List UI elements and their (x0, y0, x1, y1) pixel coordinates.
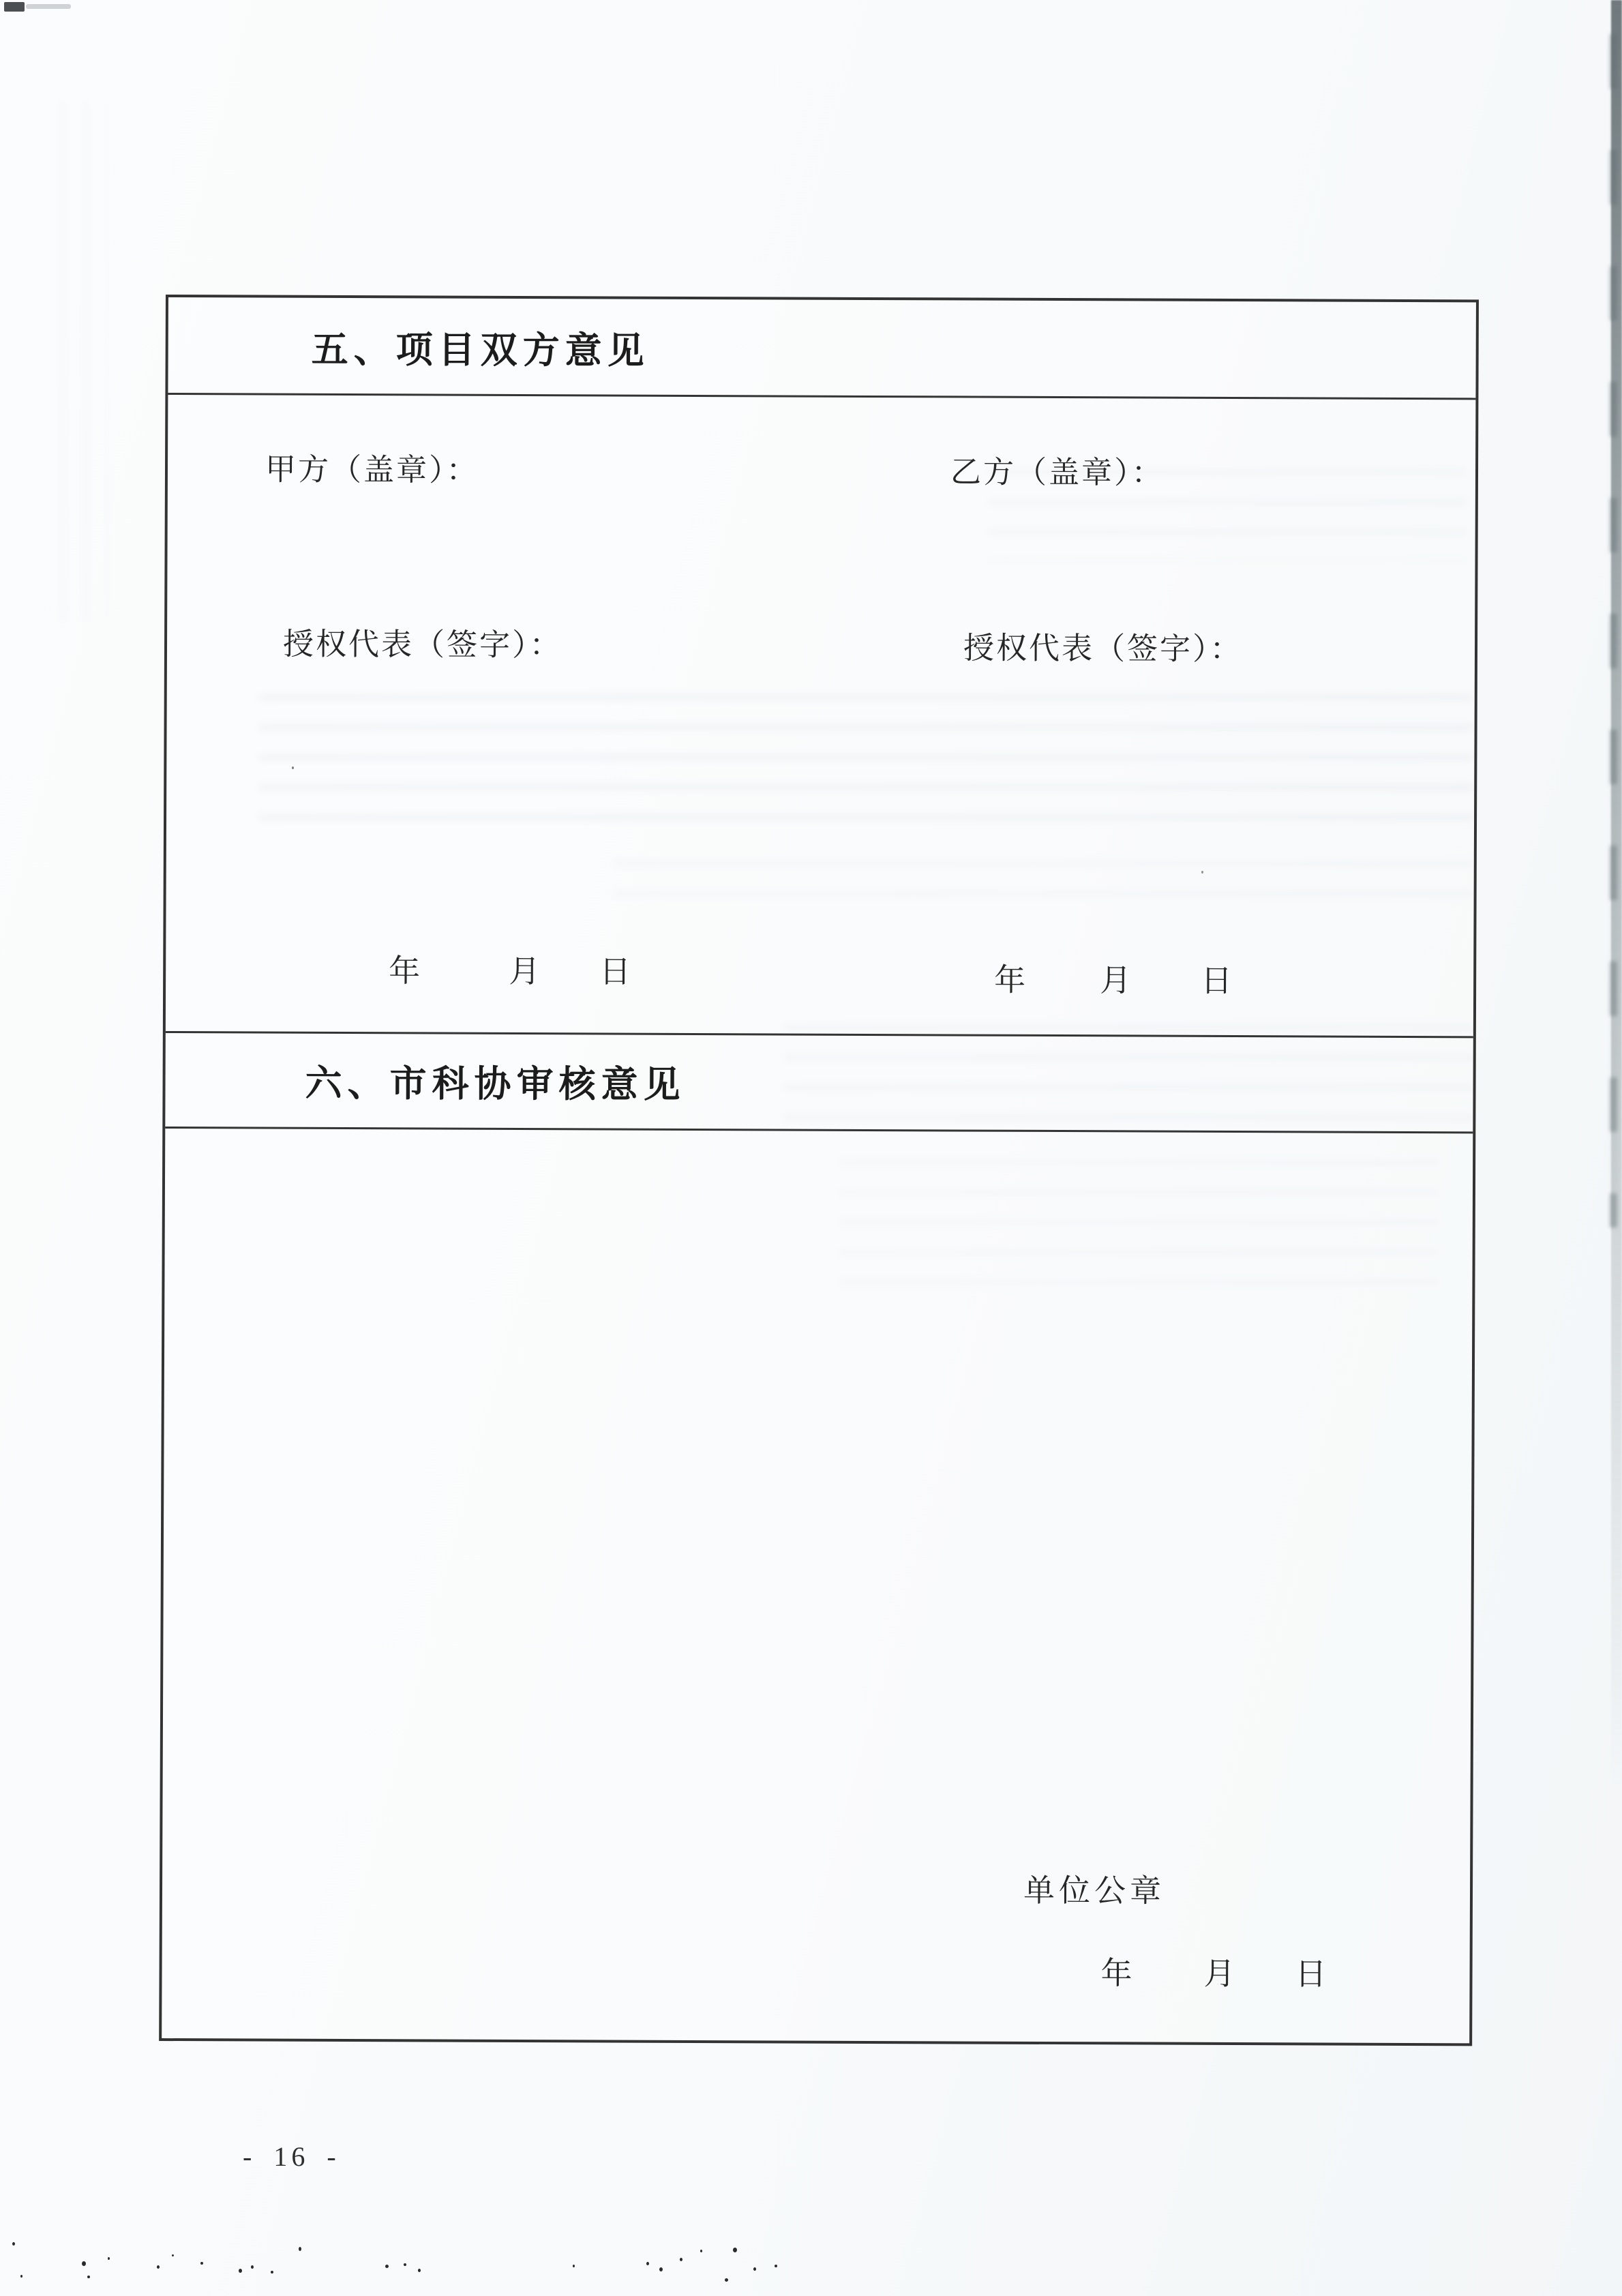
section-five-title: 五、项目双方意见 (312, 329, 650, 372)
year-label: 年 (1100, 1956, 1132, 1991)
dust-speck (725, 2278, 728, 2282)
scanned-page: 五、项目双方意见 甲方（盖章）： 乙方（盖章）： 授权代表（签字）： 授权代表（… (0, 0, 1622, 2296)
dust-speck (680, 2258, 682, 2261)
dust-speck (753, 2267, 756, 2271)
approval-form-table: 五、项目双方意见 甲方（盖章）： 乙方（盖章）： 授权代表（签字）： 授权代表（… (159, 295, 1479, 2046)
bleed-through-smudge (60, 102, 108, 621)
dust-speck (200, 2262, 203, 2265)
dust-speck (82, 2261, 86, 2266)
dust-speck (1201, 871, 1203, 874)
party-a-seal-label: 甲方（盖章）： (265, 452, 479, 488)
scan-corner-mark-tail (26, 4, 71, 9)
dust-speck (299, 2247, 301, 2251)
party-a-representative-signature-label: 授权代表（签字）： (283, 627, 562, 664)
section-six-title: 六、市科协审核意见 (305, 1063, 685, 1105)
day-label: 日 (1295, 1957, 1326, 1991)
month-label: 月 (1100, 964, 1131, 998)
dust-speck (87, 2276, 90, 2278)
dust-speck (404, 2263, 406, 2266)
dust-speck (659, 2267, 663, 2271)
page-edge-shadow-wave (1610, 34, 1617, 1227)
dust-speck (172, 2254, 174, 2256)
dust-speck (418, 2269, 421, 2272)
dust-speck (239, 2269, 242, 2273)
scan-corner-mark (4, 2, 25, 12)
party-b-seal-label: 乙方（盖章）： (950, 454, 1165, 490)
party-b-representative-signature-label: 授权代表（签字）： (963, 630, 1243, 667)
month-label: 月 (509, 955, 540, 989)
row-divider (165, 1127, 1473, 1133)
dust-speck (271, 2271, 273, 2273)
dust-speck (292, 766, 294, 769)
dust-speck (385, 2265, 389, 2268)
row-divider (166, 1031, 1473, 1038)
dust-speck (157, 2265, 160, 2269)
year-label: 年 (994, 964, 1025, 998)
row-divider (168, 393, 1475, 400)
dust-speck (573, 2265, 575, 2267)
dust-speck (733, 2248, 737, 2252)
dust-speck (20, 2275, 22, 2278)
page-number: - 16 - (243, 2141, 340, 2173)
day-label: 日 (599, 955, 631, 989)
year-label: 年 (389, 954, 420, 988)
unit-seal-label: 单位公章 (1023, 1873, 1165, 1909)
dust-speck (775, 2265, 777, 2267)
dust-speck (12, 2242, 15, 2246)
day-label: 日 (1201, 964, 1232, 998)
dust-speck (108, 2257, 110, 2260)
month-label: 月 (1203, 1957, 1235, 1991)
dust-speck (646, 2262, 649, 2265)
dust-speck (700, 2250, 702, 2252)
dust-speck (251, 2265, 254, 2269)
